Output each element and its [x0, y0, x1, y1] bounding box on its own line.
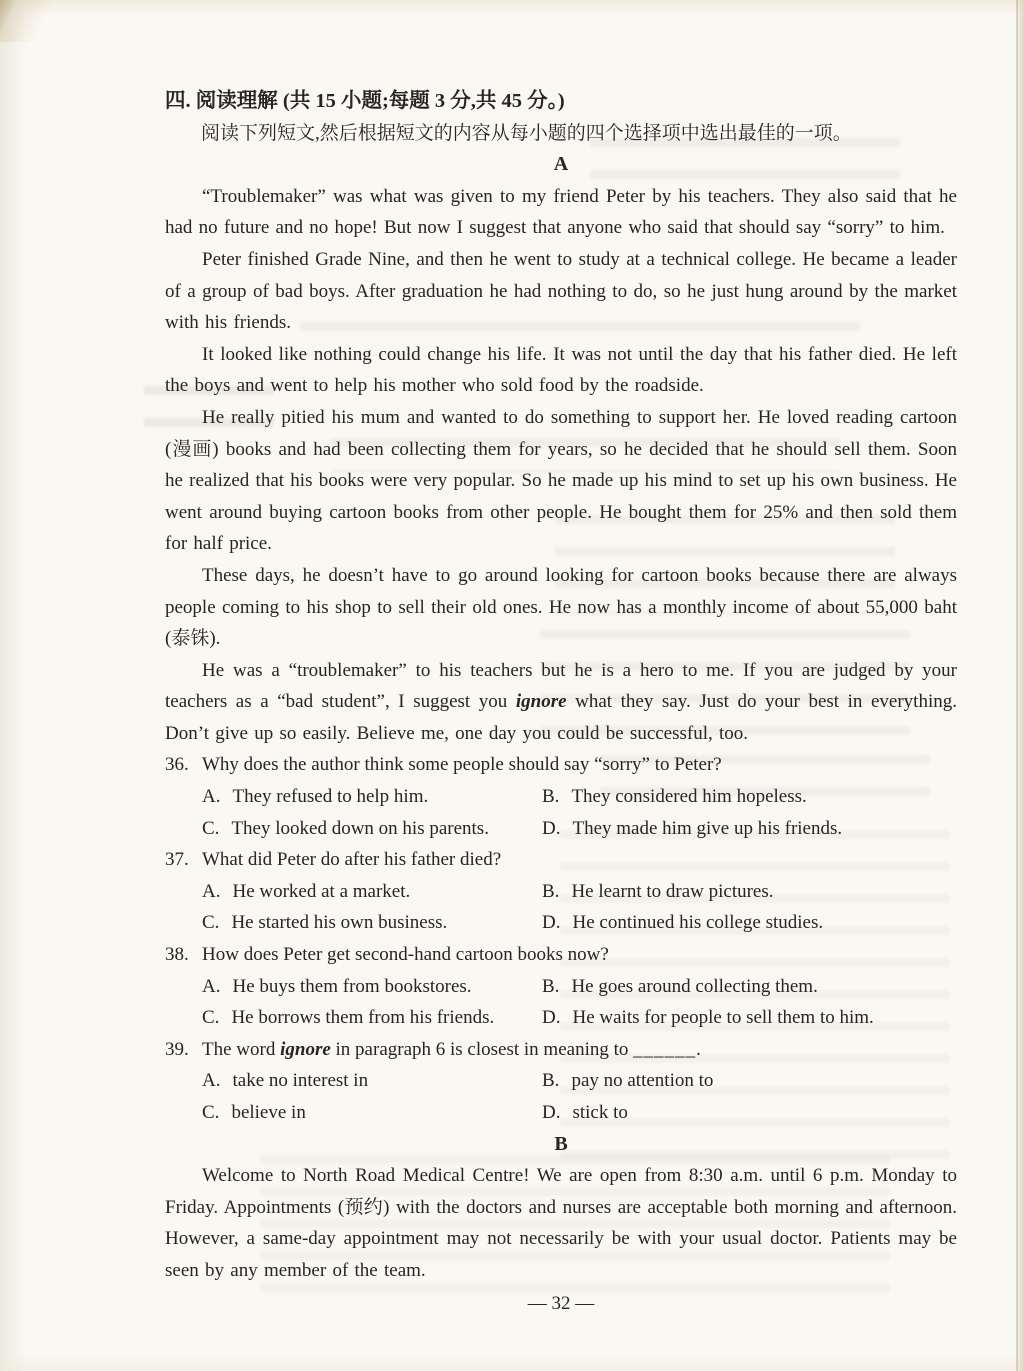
question-stem: The word ignore in paragraph 6 is closes… [202, 1034, 957, 1066]
option-D: D.stick to [542, 1097, 957, 1129]
option-B: B.They considered him hopeless. [542, 781, 957, 813]
option-text: They refused to help him. [232, 786, 428, 807]
passage-paragraph: These days, he doesn’t have to go around… [165, 560, 957, 655]
option-D: D.He waits for people to sell them to hi… [542, 1002, 957, 1034]
option-label: D. [542, 1007, 560, 1028]
option-B: B.pay no attention to [542, 1065, 957, 1097]
passage-paragraph: Peter finished Grade Nine, and then he w… [165, 244, 957, 339]
text-run: Peter finished Grade Nine, and then he w… [165, 249, 957, 333]
text-run: It looked like nothing could change his … [165, 344, 957, 397]
option-text: He learnt to draw pictures. [571, 881, 773, 902]
question-stem: Why does the author think some people sh… [202, 749, 957, 781]
question-block: 38.How does Peter get second-hand cartoo… [165, 939, 957, 1034]
option-label: B. [542, 976, 559, 997]
emphasized-word: ignore [516, 691, 567, 712]
questions-section: 36.Why does the author think some people… [165, 749, 957, 1128]
option-text: He started his own business. [231, 912, 447, 933]
option-text: take no interest in [232, 1070, 368, 1091]
option-label: B. [542, 1070, 559, 1091]
option-text: They considered him hopeless. [571, 786, 806, 807]
question-block: 39.The word ignore in paragraph 6 is clo… [165, 1034, 957, 1129]
option-D: D.He continued his college studies. [542, 907, 957, 939]
option-text: pay no attention to [571, 1070, 713, 1091]
option-label: D. [542, 912, 560, 933]
emphasized-word: ignore [280, 1039, 331, 1060]
text-run: How does Peter get second-hand cartoon b… [202, 944, 609, 965]
page-content: 四. 阅读理解 (共 15 小题;每题 3 分,共 45 分。) 阅读下列短文,… [165, 86, 957, 1319]
option-D: D.They made him give up his friends. [542, 813, 957, 845]
option-text: He continued his college studies. [572, 912, 823, 933]
option-B: B.He goes around collecting them. [542, 971, 957, 1003]
text-run: in paragraph 6 is closest in meaning to [331, 1039, 633, 1060]
section-instruction: 阅读下列短文,然后根据短文的内容从每小题的四个选择项中选出最佳的一项。 [165, 118, 957, 150]
option-C: C.believe in [202, 1097, 542, 1129]
option-label: C. [202, 818, 219, 839]
text-run: Why does the author think some people sh… [202, 754, 722, 775]
option-C: C.He started his own business. [202, 907, 542, 939]
passage-paragraph: It looked like nothing could change his … [165, 339, 957, 402]
passage-paragraph: He really pitied his mum and wanted to d… [165, 402, 957, 560]
text-run: “Troublemaker” was what was given to my … [165, 186, 957, 239]
passage-a-label: A [165, 149, 957, 181]
option-C: C.He borrows them from his friends. [202, 1002, 542, 1034]
option-text: He buys them from bookstores. [232, 976, 471, 997]
option-text: believe in [231, 1102, 305, 1123]
option-A: A.take no interest in [202, 1065, 542, 1097]
page-number: — 32 — [165, 1288, 957, 1320]
option-label: A. [202, 1070, 220, 1091]
option-text: He borrows them from his friends. [231, 1007, 494, 1028]
question-number: 38. [165, 939, 202, 971]
scanned-exam-page: 四. 阅读理解 (共 15 小题;每题 3 分,共 45 分。) 阅读下列短文,… [0, 0, 1024, 1371]
text-run: He really pitied his mum and wanted to d… [165, 407, 957, 554]
option-A: A.He worked at a market. [202, 876, 542, 908]
section-heading: 四. 阅读理解 (共 15 小题;每题 3 分,共 45 分。) [165, 86, 957, 118]
option-label: D. [542, 818, 560, 839]
passage-b-label: B [165, 1129, 957, 1161]
option-label: B. [542, 881, 559, 902]
passage-paragraph: Welcome to North Road Medical Centre! We… [165, 1160, 957, 1286]
text-run: The word [202, 1039, 280, 1060]
option-text: He worked at a market. [232, 881, 410, 902]
text-run: These days, he doesn’t have to go around… [165, 565, 957, 649]
option-label: B. [542, 786, 559, 807]
option-label: C. [202, 1007, 219, 1028]
option-B: B.He learnt to draw pictures. [542, 876, 957, 908]
text-run: Welcome to North Road Medical Centre! We… [165, 1165, 957, 1281]
passage-paragraph: He was a “troublemaker” to his teachers … [165, 655, 957, 750]
option-label: A. [202, 976, 220, 997]
option-label: D. [542, 1102, 560, 1123]
passage-b: Welcome to North Road Medical Centre! We… [165, 1160, 957, 1286]
passage-paragraph: “Troublemaker” was what was given to my … [165, 181, 957, 244]
answer-blank: ______ [633, 1039, 696, 1060]
question-block: 36.Why does the author think some people… [165, 749, 957, 844]
text-run: What did Peter do after his father died? [202, 849, 501, 870]
option-text: He goes around collecting them. [571, 976, 817, 997]
option-text: They made him give up his friends. [572, 818, 842, 839]
option-text: They looked down on his parents. [231, 818, 489, 839]
option-A: A.They refused to help him. [202, 781, 542, 813]
option-label: C. [202, 912, 219, 933]
option-C: C.They looked down on his parents. [202, 813, 542, 845]
option-label: C. [202, 1102, 219, 1123]
question-stem: What did Peter do after his father died? [202, 844, 957, 876]
option-text: stick to [572, 1102, 627, 1123]
option-A: A.He buys them from bookstores. [202, 971, 542, 1003]
text-run: . [696, 1039, 701, 1060]
option-text: He waits for people to sell them to him. [572, 1007, 873, 1028]
option-label: A. [202, 881, 220, 902]
question-number: 37. [165, 844, 202, 876]
question-block: 37.What did Peter do after his father di… [165, 844, 957, 939]
scan-edge-artifact [1016, 0, 1018, 1371]
question-stem: How does Peter get second-hand cartoon b… [202, 939, 957, 971]
question-number: 36. [165, 749, 202, 781]
passage-a: “Troublemaker” was what was given to my … [165, 181, 957, 750]
question-number: 39. [165, 1034, 202, 1066]
option-label: A. [202, 786, 220, 807]
